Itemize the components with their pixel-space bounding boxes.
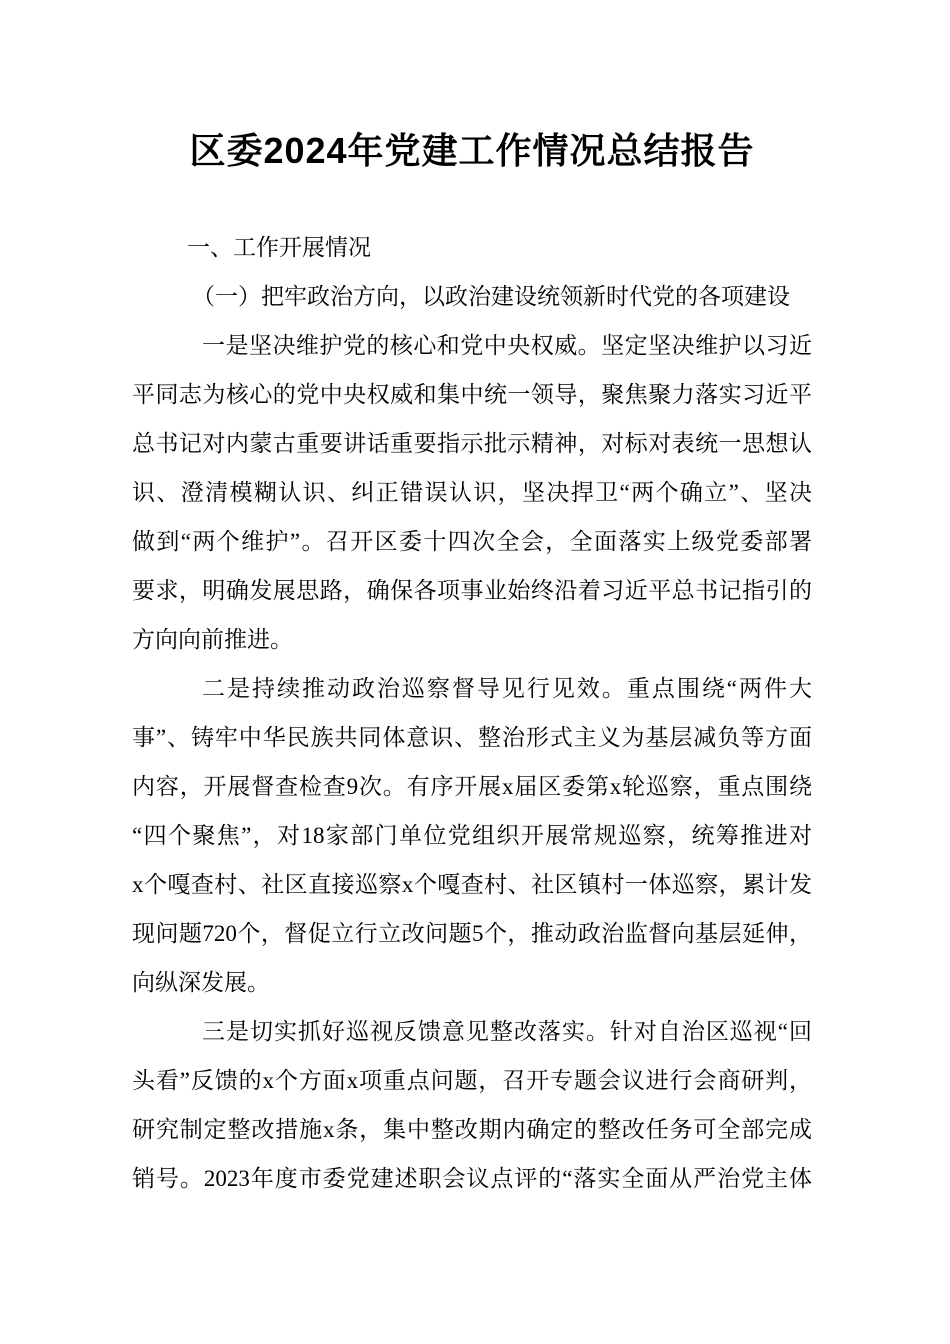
paragraph-line: “四个聚焦”，对18家部门单位党组织开展常规巡察，统筹推进对 (132, 811, 812, 860)
paragraph-line: 方向向前推进。 (132, 615, 812, 664)
subsection-heading: （一）把牢政治方向，以政治建设统领新时代党的各项建设 (132, 272, 812, 321)
paragraph-line: 总书记对内蒙古重要讲话重要指示批示精神，对标对表统一思想认 (132, 419, 812, 468)
paragraph-line: 一是坚决维护党的核心和党中央权威。坚定坚决维护以习近 (132, 321, 812, 370)
paragraph-line: 二是持续推动政治巡察督导见行见效。重点围绕“两件大 (132, 664, 812, 713)
paragraph-line: 识、澄清模糊认识、纠正错误认识，坚决捍卫“两个确立”、坚决 (132, 468, 812, 517)
paragraph-line: 内容，开展督查检查9次。有序开展x届区委第x轮巡察，重点围绕 (132, 762, 812, 811)
paragraph-line: 平同志为核心的党中央权威和集中统一领导，聚焦聚力落实习近平 (132, 370, 812, 419)
document-title: 区委2024年党建工作情况总结报告 (132, 126, 812, 176)
document-body: 一、工作开展情况 （一）把牢政治方向，以政治建设统领新时代党的各项建设 一是坚决… (132, 223, 812, 1203)
paragraph-line: 研究制定整改措施x条，集中整改期内确定的整改任务可全部完成 (132, 1105, 812, 1154)
paragraph-1: 一是坚决维护党的核心和党中央权威。坚定坚决维护以习近 平同志为核心的党中央权威和… (132, 321, 812, 664)
paragraph-line: 做到“两个维护”。召开区委十四次全会，全面落实上级党委部署 (132, 517, 812, 566)
paragraph-2: 二是持续推动政治巡察督导见行见效。重点围绕“两件大 事”、铸牢中华民族共同体意识… (132, 664, 812, 1007)
paragraph-line: 销号。2023年度市委党建述职会议点评的“落实全面从严治党主体 (132, 1154, 812, 1203)
paragraph-3: 三是切实抓好巡视反馈意见整改落实。针对自治区巡视“回 头看”反馈的x个方面x项重… (132, 1007, 812, 1203)
paragraph-line: 头看”反馈的x个方面x项重点问题，召开专题会议进行会商研判， (132, 1056, 812, 1105)
paragraph-line: 要求，明确发展思路，确保各项事业始终沿着习近平总书记指引的 (132, 566, 812, 615)
paragraph-line: 现问题720个，督促立行立改问题5个，推动政治监督向基层延伸， (132, 909, 812, 958)
section-heading: 一、工作开展情况 (132, 223, 812, 272)
paragraph-line: 三是切实抓好巡视反馈意见整改落实。针对自治区巡视“回 (132, 1007, 812, 1056)
document-page: 区委2024年党建工作情况总结报告 一、工作开展情况 （一）把牢政治方向，以政治… (0, 0, 950, 1344)
paragraph-line: 向纵深发展。 (132, 958, 812, 1007)
paragraph-line: x个嘎查村、社区直接巡察x个嘎查村、社区镇村一体巡察，累计发 (132, 860, 812, 909)
paragraph-line: 事”、铸牢中华民族共同体意识、整治形式主义为基层减负等方面 (132, 713, 812, 762)
